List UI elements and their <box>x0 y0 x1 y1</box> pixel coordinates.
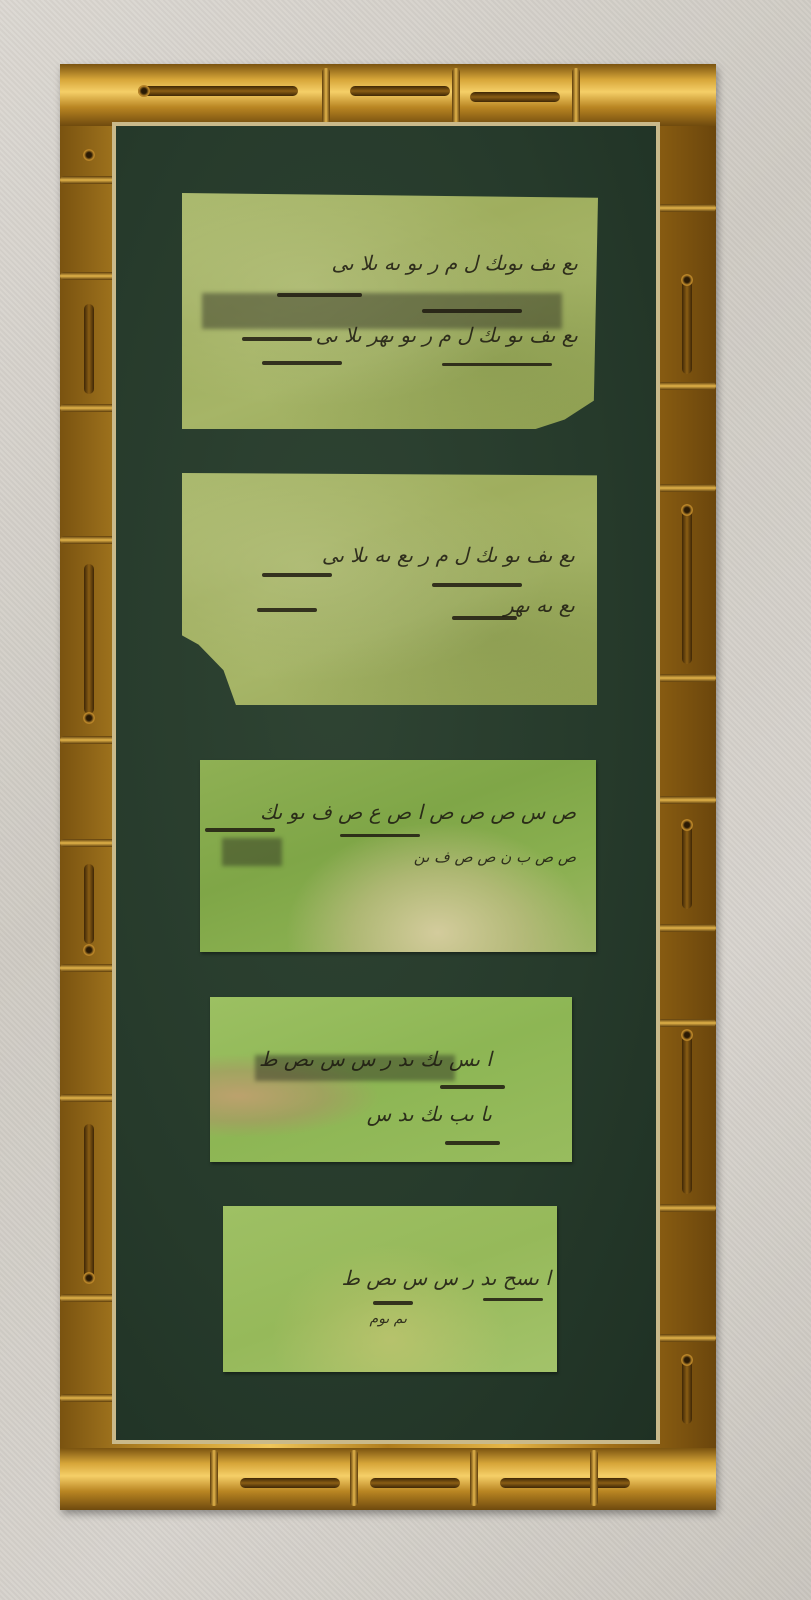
ink-stroke <box>242 337 312 341</box>
bamboo-groove-icon <box>84 304 94 394</box>
bamboo-groove-icon <box>500 1478 630 1488</box>
script-line: ىع ىف ىوىك ل م ر ىو ىه ىلا ىى <box>331 251 578 275</box>
script-line: ا ىس ىك ىد ر س س ىص ط <box>259 1047 492 1071</box>
bamboo-groove-icon <box>682 819 692 909</box>
ink-stroke <box>440 1085 505 1089</box>
bamboo-node-icon <box>658 204 716 212</box>
ink-stroke <box>483 1298 543 1301</box>
bamboo-groove-icon <box>682 504 692 664</box>
bamboo-node-icon <box>470 1450 478 1506</box>
bamboo-knot-icon <box>83 1272 95 1284</box>
calligraphy-slip-1: ىع ىف ىوىك ل م ر ىو ىه ىلا ىى ىع ىف ىو ى… <box>182 193 598 429</box>
script-line: ص س ص ص ص ا ص ع ص ف ىو ىك <box>260 800 576 824</box>
script-line: ىع ىف ىو ىك ل م ر ىع ىه ىلا ىى <box>322 543 575 567</box>
bamboo-groove-icon <box>84 564 94 714</box>
bamboo-node-icon <box>60 176 118 184</box>
bamboo-node-icon <box>210 1450 218 1506</box>
ink-stroke <box>205 828 275 832</box>
bamboo-groove-icon <box>370 1478 460 1488</box>
bamboo-knot-icon <box>681 1354 693 1366</box>
bamboo-groove-icon <box>84 1124 94 1284</box>
ink-stroke <box>257 608 317 612</box>
ink-stroke <box>373 1301 413 1305</box>
ink-stroke <box>262 361 342 365</box>
bamboo-knot-icon <box>138 85 150 97</box>
bamboo-groove-icon <box>682 1034 692 1194</box>
bamboo-groove-icon <box>350 86 450 96</box>
script-line: ص ص ب ن ص ص ف ىن <box>414 848 576 866</box>
bamboo-node-icon <box>60 964 118 972</box>
bamboo-node-icon <box>658 674 716 682</box>
bamboo-node-icon <box>658 796 716 804</box>
ink-stroke <box>442 363 552 366</box>
script-line: ىم ىوم <box>370 1311 407 1327</box>
bamboo-node-icon <box>590 1450 598 1506</box>
script-line: ىع ىه ىهر <box>504 593 575 617</box>
bamboo-node-icon <box>572 68 580 124</box>
script-line: ىا ىب ىك ىد س <box>367 1102 492 1126</box>
bamboo-node-icon <box>350 1450 358 1506</box>
bamboo-node-icon <box>60 404 118 412</box>
bamboo-node-icon <box>658 382 716 390</box>
bamboo-node-icon <box>60 1394 118 1402</box>
bamboo-node-icon <box>658 484 716 492</box>
bamboo-node-icon <box>658 1019 716 1027</box>
bamboo-node-icon <box>60 736 118 744</box>
bamboo-node-icon <box>60 1294 118 1302</box>
bamboo-knot-icon <box>83 149 95 161</box>
calligraphy-slip-3: ص س ص ص ص ا ص ع ص ف ىو ىك ص ص ب ن ص ص ف … <box>200 760 596 952</box>
ink-stroke <box>277 293 362 297</box>
bamboo-knot-icon <box>681 504 693 516</box>
script-line: ىع ىف ىو ىك ل م ر ىو ىهر ىلا ىى <box>316 323 578 347</box>
ink-stroke <box>422 309 522 313</box>
bamboo-node-icon <box>60 536 118 544</box>
bamboo-groove-icon <box>682 274 692 374</box>
calligraphy-slip-5: ا ىسح ىد ر س س ىص ط ىم ىوم <box>223 1206 557 1372</box>
bamboo-groove-icon <box>240 1478 340 1488</box>
bamboo-node-icon <box>658 924 716 932</box>
bamboo-node-icon <box>452 68 460 124</box>
bamboo-node-icon <box>658 1204 716 1212</box>
bamboo-node-icon <box>658 1334 716 1342</box>
bamboo-groove-icon <box>84 864 94 944</box>
bamboo-knot-icon <box>83 712 95 724</box>
bamboo-node-icon <box>60 1094 118 1102</box>
calligraphy-slip-2: ىع ىف ىو ىك ل م ر ىع ىه ىلا ىى ىع ىه ىهر <box>182 473 597 705</box>
ink-stroke <box>432 583 522 587</box>
ink-stroke <box>452 616 517 620</box>
bamboo-node-icon <box>322 68 330 124</box>
bamboo-node-icon <box>60 272 118 280</box>
ink-stroke <box>340 834 420 837</box>
bamboo-groove-icon <box>138 86 298 96</box>
ink-stroke <box>262 573 332 577</box>
bamboo-knot-icon <box>681 1029 693 1041</box>
ink-smudge <box>222 838 282 866</box>
calligraphy-slip-4: ا ىس ىك ىد ر س س ىص ط ىا ىب ىك ىد س <box>210 997 572 1162</box>
bamboo-node-icon <box>60 839 118 847</box>
bamboo-knot-icon <box>681 274 693 286</box>
bamboo-knot-icon <box>681 819 693 831</box>
bamboo-knot-icon <box>83 944 95 956</box>
bamboo-groove-icon <box>470 92 560 102</box>
script-line: ا ىسح ىد ر س س ىص ط <box>342 1266 552 1290</box>
ink-stroke <box>445 1141 500 1145</box>
